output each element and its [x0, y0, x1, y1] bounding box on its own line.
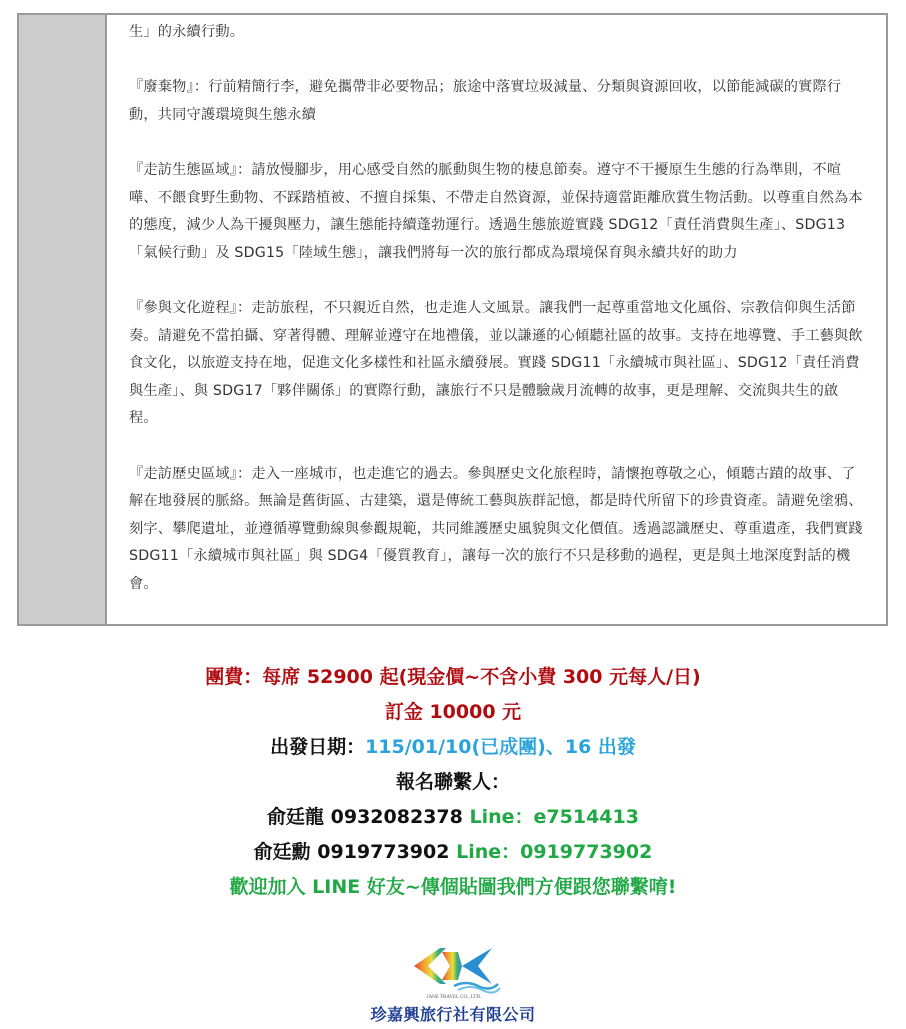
contact-line-id[interactable]: Line：0919773902: [456, 841, 652, 863]
table-content-cell: 生」的永續行動。 『廢棄物』：行前精簡行李，避免攜帶非必要物品；旅途中落實垃圾減…: [107, 15, 886, 624]
itinerary-notes-table: 生」的永續行動。 『廢棄物』：行前精簡行李，避免攜帶非必要物品；旅途中落實垃圾減…: [17, 13, 888, 626]
paragraph-history: 『走訪歷史區域』：走入一座城市，也走進它的過去。參與歷史文化旅程時，請懷抱尊敬之…: [129, 461, 866, 599]
contact-name-phone[interactable]: 俞廷龍 0932082378: [267, 806, 463, 828]
departure-line: 出發日期：115/01/10(已成團)、16 出發: [0, 730, 906, 765]
contact-line-id[interactable]: Line：e7514413: [469, 806, 638, 828]
contact-row-2: 俞廷勳 0919773902 Line：0919773902: [0, 835, 906, 870]
departure-dates: 115/01/10(已成團)、16 出發: [365, 736, 636, 758]
company-logo: JANE TRAVEL CO., LTD.: [406, 944, 502, 1000]
tour-fee: 團費：每席 52900 起(現金價~不含小費 300 元每人/日): [0, 660, 906, 695]
booking-info: 團費：每席 52900 起(現金價~不含小費 300 元每人/日) 訂金 100…: [0, 660, 906, 905]
departure-label: 出發日期：: [270, 736, 365, 758]
paragraph-sdg-closing: 生」的永續行動。: [129, 19, 866, 47]
paragraph-waste: 『廢棄物』：行前精簡行李，避免攜帶非必要物品；旅途中落實垃圾減量、分類與資源回收…: [129, 74, 866, 129]
deposit: 訂金 10000 元: [0, 695, 906, 730]
contact-heading: 報名聯繫人：: [0, 765, 906, 800]
paragraph-ecology: 『走訪生態區域』：請放慢腳步，用心感受自然的脈動與生物的棲息節奏。遵守不干擾原生…: [129, 157, 866, 267]
svg-text:JANE TRAVEL CO., LTD.: JANE TRAVEL CO., LTD.: [427, 995, 482, 1000]
company-name: 珍嘉興旅行社有限公司: [0, 1002, 906, 1025]
paragraph-culture: 『參與文化遊程』：走訪旅程，不只親近自然，也走進人文風景。讓我們一起尊重當地文化…: [129, 295, 866, 433]
contact-name-phone[interactable]: 俞廷勳 0919773902: [254, 841, 450, 863]
table-label-column: [19, 15, 107, 624]
line-invite: 歡迎加入 LINE 好友~傳個貼圖我們方便跟您聯繫唷!: [0, 870, 906, 905]
contact-row-1: 俞廷龍 0932082378 Line：e7514413: [0, 800, 906, 835]
fish-logo-icon: JANE TRAVEL CO., LTD.: [406, 944, 502, 1000]
